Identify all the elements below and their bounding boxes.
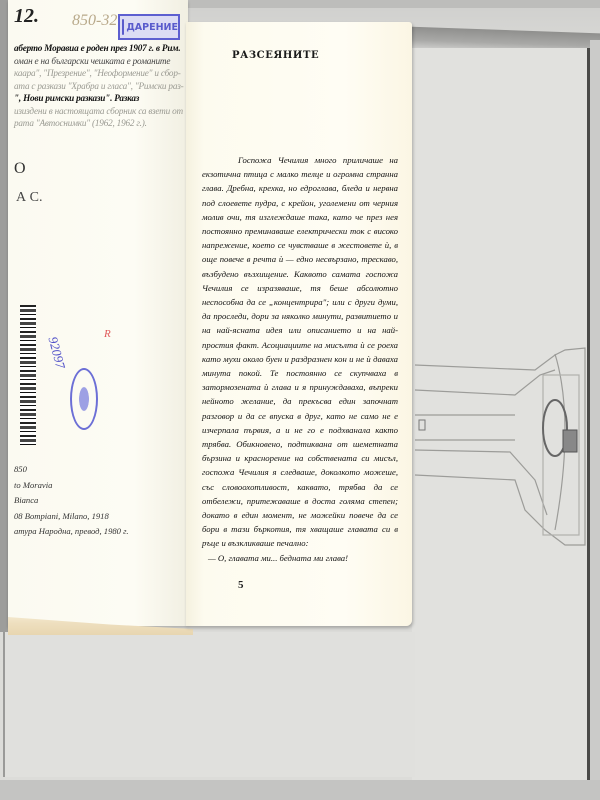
author-note-line: рата "Автоснимки" (1962, 1962 г.).	[14, 117, 200, 130]
hinge-drawing	[415, 340, 590, 550]
left-page-gutter	[0, 0, 8, 632]
handwritten-number: 12.	[14, 5, 39, 28]
print-info-line: атура Народна, превод, 1980 г.	[14, 524, 129, 540]
page-number: 5	[238, 579, 244, 591]
scanner-glass-bottom	[3, 632, 415, 777]
body-text: Госпожа Чечилия много приличаше на екзот…	[202, 153, 398, 565]
chapter-title: РАЗСЕЯНИТЕ	[232, 50, 319, 61]
donation-stamp: ДАРЕНИЕ	[118, 14, 180, 40]
print-info-line: to Moravia	[14, 478, 129, 494]
print-info-line: 08 Bompiani, Milano, 1918	[14, 509, 129, 525]
library-barcode	[20, 305, 36, 445]
margin-mark: А С.	[16, 190, 42, 206]
stamp-icon	[122, 19, 124, 35]
author-note-line: изиздени в настоящата сборник са взети о…	[14, 105, 200, 118]
closing-line: — О, главата ми... бедната ми глава!	[202, 551, 398, 565]
inventory-mark: R	[104, 328, 111, 340]
print-info: 850 to Moravia Bianca 08 Bompiani, Milan…	[14, 462, 129, 540]
author-note: аберто Моравиа е роден през 1907 г. в Ри…	[14, 42, 200, 130]
author-note-line: аберто Моравиа е роден през 1907 г. в Ри…	[14, 42, 200, 55]
paragraph: Госпожа Чечилия много приличаше на екзот…	[202, 153, 398, 551]
author-note-line: каара", "Презрение", "Неоформение" и сбо…	[14, 67, 200, 80]
scanner-right-edge	[590, 40, 600, 800]
print-info-line: Bianca	[14, 493, 129, 509]
right-page: РАЗСЕЯНИТЕ Госпожа Чечилия много прилича…	[186, 22, 412, 626]
margin-mark: О	[14, 160, 26, 178]
donation-stamp-label: ДАРЕНИЕ	[126, 22, 178, 33]
author-note-line: оман е на български чешката е романите	[14, 55, 200, 68]
scanner-hinge-mechanism	[415, 340, 590, 550]
print-info-line: 850	[14, 462, 129, 478]
author-note-line: ", Нови римски разкази". Разказ	[14, 92, 200, 105]
left-page: 12. 850-32 ДАРЕНИЕ аберто Моравиа е роде…	[8, 0, 188, 626]
library-seal-icon	[70, 368, 98, 430]
author-note-line: ата с разкази "Храбра и гласа", "Римски …	[14, 80, 200, 93]
inventory-number: 92097	[45, 335, 69, 371]
catalog-number: 850-32	[72, 12, 117, 30]
scanner-bottom-edge	[0, 780, 600, 800]
